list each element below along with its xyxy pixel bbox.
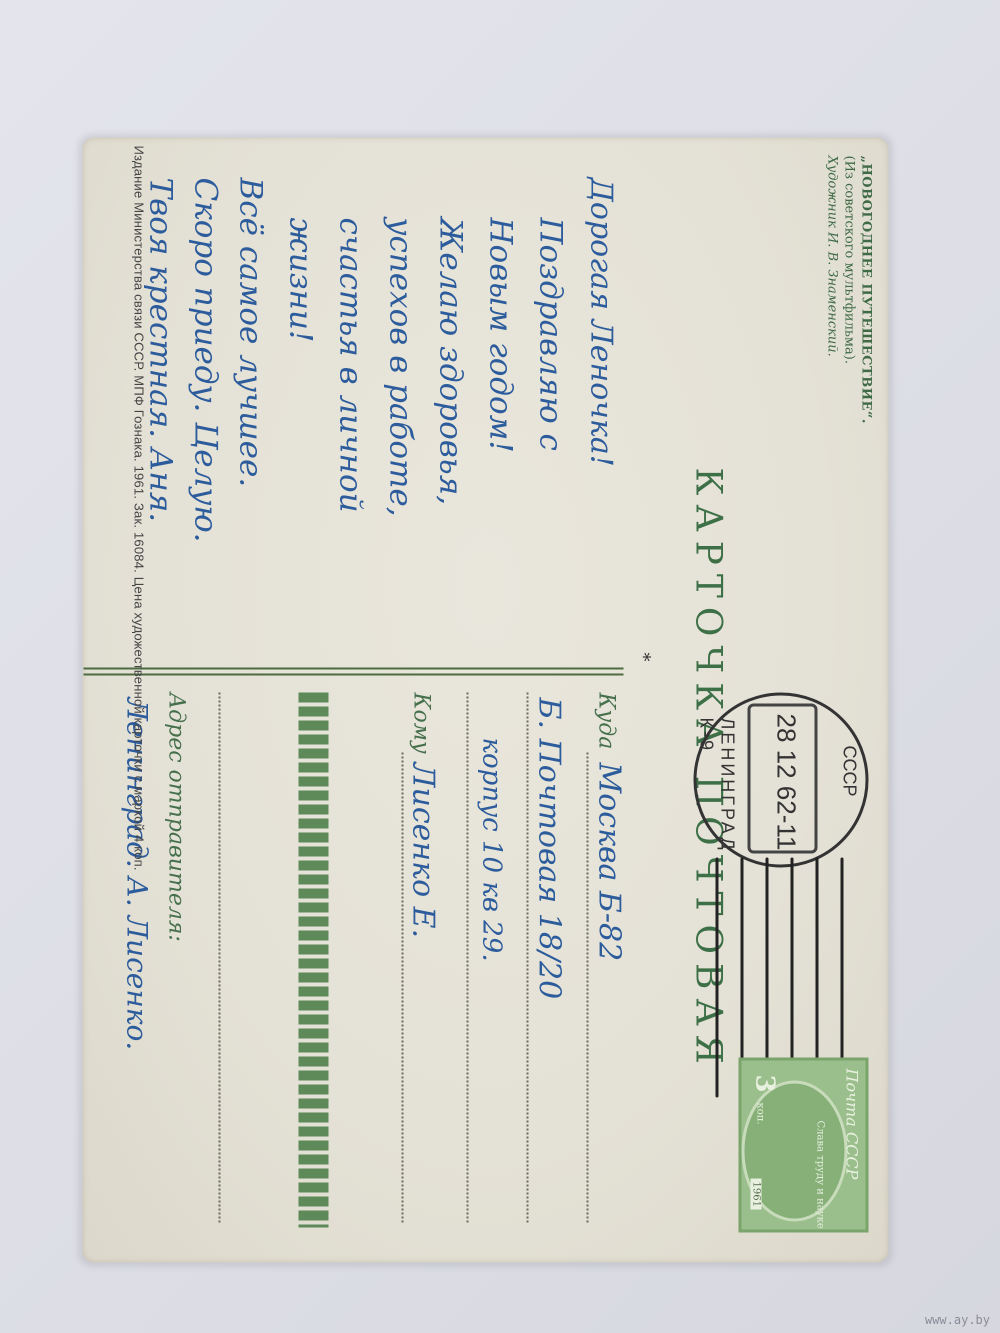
stamp-value: 3 xyxy=(749,1074,779,1092)
to-where-line: Москва Б-82 xyxy=(591,762,626,961)
message-greeting: Дорогая Леночка! xyxy=(583,177,618,466)
stamp-motto: Слава труду и науке xyxy=(814,1120,825,1228)
stamp-year: 1961 xyxy=(750,1178,761,1209)
postage-stamp: Почта СССР Слава труду и науке 3 коп. 19… xyxy=(738,1057,868,1232)
postal-code-bars xyxy=(298,692,328,1227)
postmark-country: СССР xyxy=(838,745,859,796)
stamp-unit: коп. xyxy=(754,1102,765,1124)
caption-artist: Художник И. В. Знаменский. xyxy=(823,155,840,423)
to-where-label: Куда xyxy=(593,692,618,749)
caption-title: „НОВОГОДНЕЕ ПУТЕШЕСТВИЕ“. xyxy=(857,155,874,423)
cancellation-line xyxy=(715,857,718,1097)
address-line xyxy=(586,752,588,1222)
address-line xyxy=(218,692,220,1222)
vertical-divider xyxy=(83,667,623,675)
publisher-footer: Издание Министерства связи СССР. МПФ Гоз… xyxy=(131,145,146,870)
message-line: счастья в личной xyxy=(332,217,368,512)
message-line: Твоя крестная. Аня. xyxy=(142,177,178,522)
postcard: „НОВОГОДНЕЕ ПУТЕШЕСТВИЕ“. (Из советского… xyxy=(82,137,888,1262)
to-where-line: корпус 10 кв 29. xyxy=(476,737,506,961)
message-line: Всё самое лучшее. xyxy=(232,177,268,487)
caption-subtitle: (Из советского мультфильма). xyxy=(840,155,857,423)
to-where-line: Б. Почтовая 18/20 xyxy=(531,697,566,999)
message-line: Скоро приеду. Целую. xyxy=(187,177,223,542)
stamp-country: Почта СССР xyxy=(842,1068,861,1179)
message-line: Поздравляю с xyxy=(532,217,568,450)
to-whom-value: Лисенко Е. xyxy=(405,762,440,938)
footer-mark: * xyxy=(632,652,653,661)
message-line: жизни! xyxy=(282,217,318,342)
address-line xyxy=(526,692,528,1222)
message-line: Желаю здоровья, xyxy=(432,217,468,505)
message-line: успехов в работе, xyxy=(382,217,418,516)
message-line: Новым годом! xyxy=(482,217,518,452)
sender-label: Адрес отправителя: xyxy=(163,692,188,941)
postmark-date: 28 12 62-11 xyxy=(770,713,801,850)
address-line xyxy=(401,752,403,1222)
illustration-caption: „НОВОГОДНЕЕ ПУТЕШЕСТВИЕ“. (Из советского… xyxy=(823,155,874,423)
to-whom-label: Кому xyxy=(408,692,433,753)
postmark-city: ЛЕНИНГРАД К-9 xyxy=(695,717,737,864)
watermark: www.ay.by xyxy=(925,1313,990,1327)
address-line xyxy=(466,692,468,1222)
postmark: СССР 28 12 62-11 ЛЕНИНГРАД К-9 xyxy=(693,692,868,867)
